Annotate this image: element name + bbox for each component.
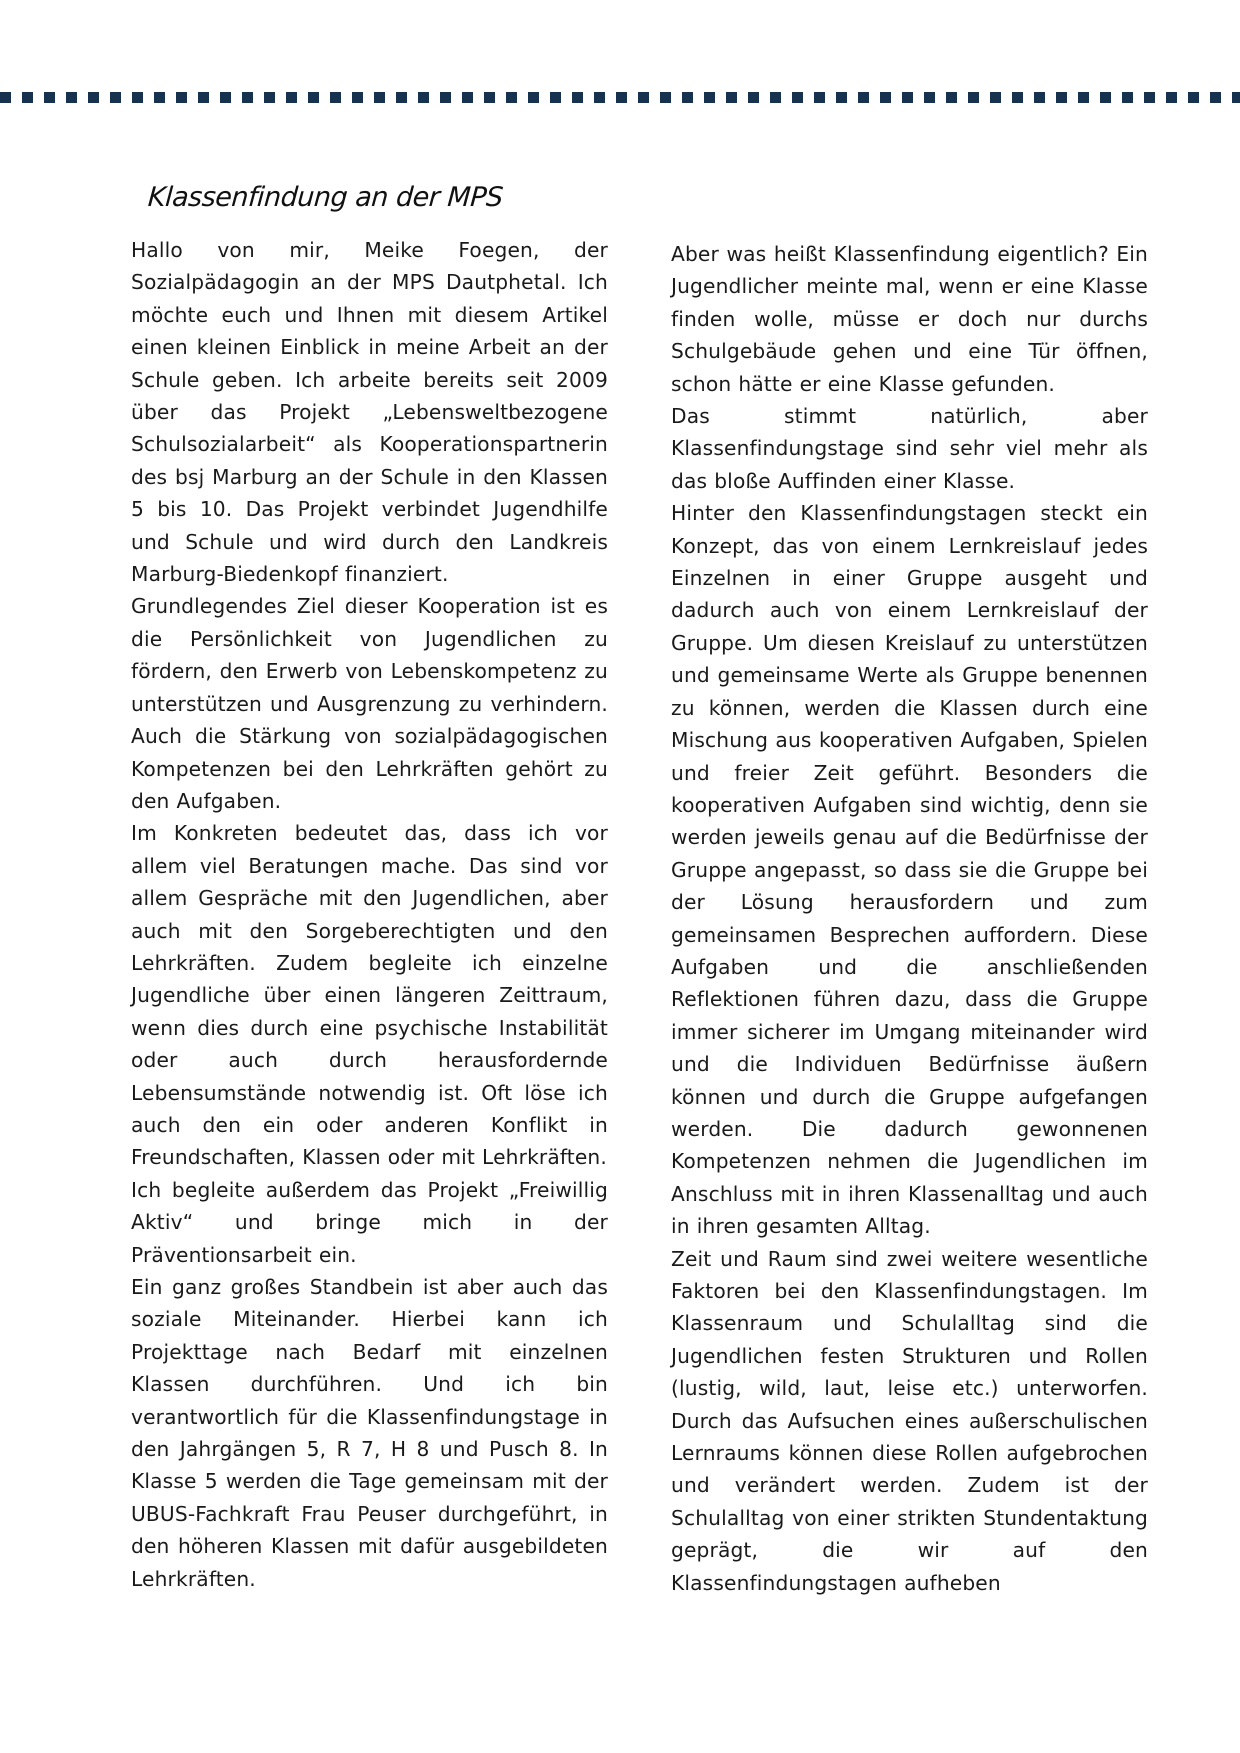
paragraph-intro: Hallo von mir, Meike Foegen, der Sozialp… [131, 234, 608, 590]
dotted-divider [0, 92, 1240, 103]
paragraph-concept: Hinter den Klassenfindungstagen steckt e… [671, 497, 1148, 1242]
paragraph-counseling: Im Konkreten bedeutet das, dass ich vor … [131, 817, 608, 1173]
article-column-right: Aber was heißt Klassenfindung eigentlich… [671, 238, 1148, 1599]
paragraph-time-space: Zeit und Raum sind zwei weitere wesentli… [671, 1243, 1148, 1599]
paragraph-goals: Grundlegendes Ziel dieser Kooperation is… [131, 590, 608, 817]
paragraph-answer: Das stimmt natürlich, aber Klassenfindun… [671, 400, 1148, 497]
paragraph-projects: Ich begleite außerdem das Projekt „Freiw… [131, 1174, 608, 1271]
paragraph-social: Ein ganz großes Standbein ist aber auch … [131, 1271, 608, 1595]
article-column-left: Hallo von mir, Meike Foegen, der Sozialp… [131, 234, 608, 1595]
paragraph-question: Aber was heißt Klassenfindung eigentlich… [671, 238, 1148, 400]
article-title: Klassenfindung an der MPS [147, 182, 504, 213]
